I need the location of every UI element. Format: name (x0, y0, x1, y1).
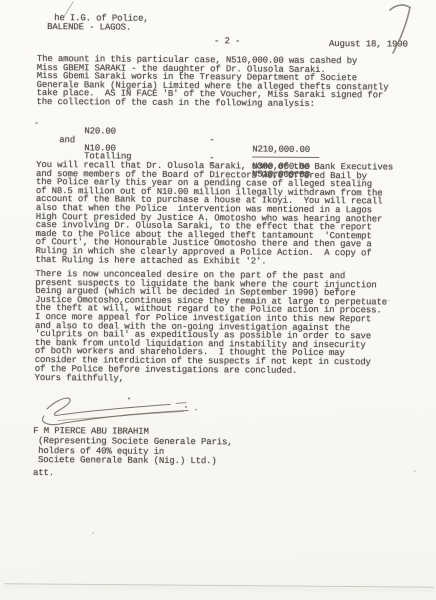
table-row: and N10.00 - N300,000.00 (35, 127, 355, 138)
scan-artifact (388, 300, 390, 301)
paragraph-2: You will recall that Dr. Olusola Saraki,… (35, 161, 393, 267)
scan-artifact (35, 122, 38, 124)
signatory-details: (Representing Societe Generale Paris,hol… (38, 437, 232, 467)
signatory-name: F M PIERCE ABU IBRAHIM (33, 427, 149, 436)
total-underline (252, 156, 319, 157)
addressee-line-2: BALENDE - LAGOS. (47, 23, 131, 32)
scan-artifact (304, 192, 306, 194)
scanned-letter-page: he I.G. of Police, BALENDE - LAGOS. - 2 … (0, 0, 436, 600)
paragraph-3: There is now unconcealed desire on the p… (35, 270, 388, 376)
paragraph-1: The amount in this particular case, N510… (37, 55, 389, 109)
letter-content: he I.G. of Police, BALENDE - LAGOS. - 2 … (0, 0, 436, 600)
scan-artifact (414, 470, 416, 472)
table-row: Totalling = N510,000.00 (35, 143, 355, 154)
letter-date: August 18, 1990 (329, 40, 408, 49)
text-line: Societe Generale Bank (Nig.) Ltd.) (38, 456, 232, 467)
scan-artifact (92, 532, 94, 534)
attachment-note: att. (33, 469, 54, 478)
closing-salutation: Yours faithfully, (35, 374, 124, 383)
page-number: - 2 - (214, 37, 240, 46)
amount-table: N20.00 - N210,000.00 and N10.00 - N300,0… (35, 117, 355, 163)
